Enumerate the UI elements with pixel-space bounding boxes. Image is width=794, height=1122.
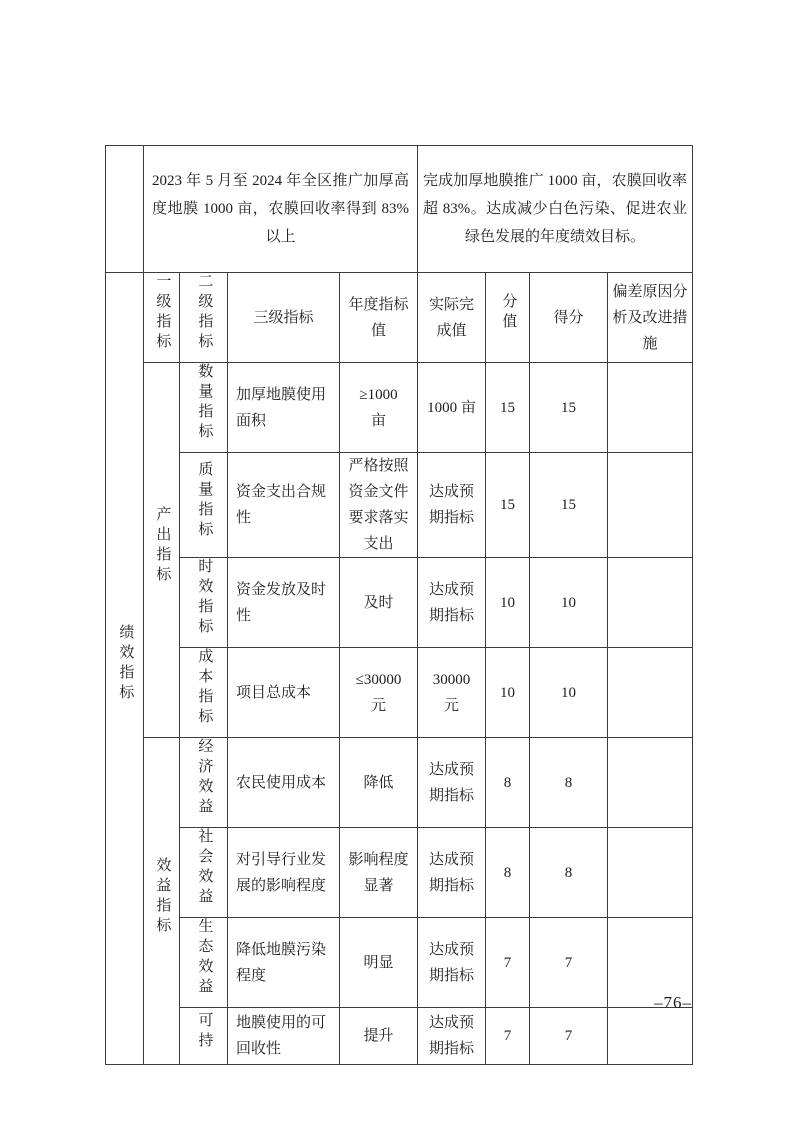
level2-indicator: 经济效益 xyxy=(180,738,228,828)
deviation-cell xyxy=(608,558,693,648)
col-header-annual-value: 年度指标值 xyxy=(340,273,418,363)
col-header-level1: 一级指标 xyxy=(144,273,180,363)
annual-value: 降低 xyxy=(340,738,418,828)
actual-value: 达成预期指标 xyxy=(418,738,486,828)
table-row: 生态效益 降低地膜污染程度 明显 达成预期指标 7 7 xyxy=(106,918,693,1008)
summary-blank-cell xyxy=(106,146,144,273)
document-page: { "page_number": "–76–", "summary": { "a… xyxy=(0,0,794,1122)
table-row: 成本指标 项目总成本 ≤30000 元 30000 元 10 10 xyxy=(106,648,693,738)
table-row: 社会效益 对引导行业发展的影响程度 影响程度显著 达成预期指标 8 8 xyxy=(106,828,693,918)
actual-value: 达成预期指标 xyxy=(418,918,486,1008)
annual-value: 严格按照资金文件要求落实支出 xyxy=(340,453,418,558)
col-header-deviation: 偏差原因分析及改进措施 xyxy=(608,273,693,363)
level3-indicator: 加厚地膜使用面积 xyxy=(228,363,340,453)
level3-indicator: 资金发放及时性 xyxy=(228,558,340,648)
level2-indicator: 数量指标 xyxy=(180,363,228,453)
level2-indicator: 可持 xyxy=(180,1008,228,1065)
score-value: 10 xyxy=(530,558,608,648)
actual-value: 达成预期指标 xyxy=(418,558,486,648)
level2-indicator: 生态效益 xyxy=(180,918,228,1008)
table-row: 质量指标 资金支出合规性 严格按照资金文件要求落实支出 达成预期指标 15 15 xyxy=(106,453,693,558)
level2-indicator: 质量指标 xyxy=(180,453,228,558)
annual-value: 及时 xyxy=(340,558,418,648)
deviation-cell xyxy=(608,453,693,558)
score-value: 15 xyxy=(530,453,608,558)
deviation-cell xyxy=(608,1008,693,1065)
level2-indicator: 社会效益 xyxy=(180,828,228,918)
deviation-cell xyxy=(608,648,693,738)
level1-group-benefit: 效益指标 xyxy=(144,738,180,1065)
level1-group-output: 产出指标 xyxy=(144,363,180,738)
points-value: 8 xyxy=(486,738,530,828)
completion-summary: 完成加厚地膜推广 1000 亩，农膜回收率超 83%。达成减少白色污染、促进农业… xyxy=(418,146,693,273)
summary-row: 2023 年 5 月至 2024 年全区推广加厚高度地膜 1000 亩，农膜回收… xyxy=(106,146,693,273)
points-value: 15 xyxy=(486,363,530,453)
score-value: 7 xyxy=(530,1008,608,1065)
col-header-score: 得分 xyxy=(530,273,608,363)
col-header-actual-value: 实际完成值 xyxy=(418,273,486,363)
table-row: 效益指标 经济效益 农民使用成本 降低 达成预期指标 8 8 xyxy=(106,738,693,828)
annual-value: ≤30000 元 xyxy=(340,648,418,738)
actual-value: 达成预期指标 xyxy=(418,1008,486,1065)
annual-value: ≥1000 亩 xyxy=(340,363,418,453)
level3-indicator: 地膜使用的可回收性 xyxy=(228,1008,340,1065)
points-value: 7 xyxy=(486,918,530,1008)
level2-indicator: 成本指标 xyxy=(180,648,228,738)
points-value: 10 xyxy=(486,648,530,738)
score-value: 7 xyxy=(530,918,608,1008)
annual-value: 明显 xyxy=(340,918,418,1008)
page-number: –76– xyxy=(654,993,692,1013)
col-header-level3: 三级指标 xyxy=(228,273,340,363)
row-header-label: 绩效指标 xyxy=(117,624,133,704)
performance-indicator-table: 2023 年 5 月至 2024 年全区推广加厚高度地膜 1000 亩，农膜回收… xyxy=(105,145,693,1065)
col-header-level2: 二级指标 xyxy=(180,273,228,363)
points-value: 10 xyxy=(486,558,530,648)
table-header-row: 绩效指标 一级指标 二级指标 三级指标 年度指标值 实际完成值 分值 得分 偏差… xyxy=(106,273,693,363)
actual-value: 达成预期指标 xyxy=(418,453,486,558)
points-value: 15 xyxy=(486,453,530,558)
deviation-cell xyxy=(608,738,693,828)
points-value: 7 xyxy=(486,1008,530,1065)
deviation-cell xyxy=(608,828,693,918)
level3-indicator: 资金支出合规性 xyxy=(228,453,340,558)
annual-target-summary: 2023 年 5 月至 2024 年全区推广加厚高度地膜 1000 亩，农膜回收… xyxy=(144,146,418,273)
row-header-performance-indicator: 绩效指标 xyxy=(106,273,144,1065)
level3-indicator: 降低地膜污染程度 xyxy=(228,918,340,1008)
level3-indicator: 项目总成本 xyxy=(228,648,340,738)
annual-value: 影响程度显著 xyxy=(340,828,418,918)
level3-indicator: 农民使用成本 xyxy=(228,738,340,828)
table-row: 产出指标 数量指标 加厚地膜使用面积 ≥1000 亩 1000 亩 15 15 xyxy=(106,363,693,453)
points-value: 8 xyxy=(486,828,530,918)
annual-value: 提升 xyxy=(340,1008,418,1065)
score-value: 8 xyxy=(530,828,608,918)
score-value: 10 xyxy=(530,648,608,738)
actual-value: 30000 元 xyxy=(418,648,486,738)
level2-indicator: 时效指标 xyxy=(180,558,228,648)
table-row: 时效指标 资金发放及时性 及时 达成预期指标 10 10 xyxy=(106,558,693,648)
score-value: 8 xyxy=(530,738,608,828)
deviation-cell xyxy=(608,363,693,453)
level3-indicator: 对引导行业发展的影响程度 xyxy=(228,828,340,918)
score-value: 15 xyxy=(530,363,608,453)
table-row: 可持 地膜使用的可回收性 提升 达成预期指标 7 7 xyxy=(106,1008,693,1065)
actual-value: 1000 亩 xyxy=(418,363,486,453)
actual-value: 达成预期指标 xyxy=(418,828,486,918)
col-header-points: 分值 xyxy=(486,273,530,363)
